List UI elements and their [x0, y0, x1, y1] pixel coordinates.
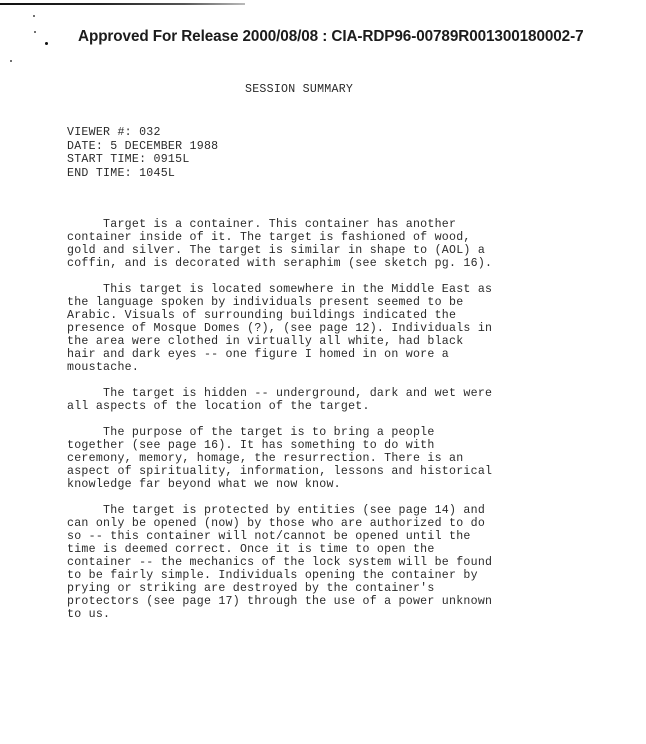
text-line: Target is a container. This container ha…	[67, 218, 627, 231]
text-line: The target is hidden -- underground, dar…	[67, 387, 627, 400]
text-line: can only be opened (now) by those who ar…	[67, 517, 627, 530]
text-line: knowledge far beyond what we now know.	[67, 478, 627, 491]
summary-body: Target is a container. This container ha…	[67, 218, 627, 634]
end-time: END TIME: 1045L	[67, 167, 218, 181]
text-line: the language spoken by individuals prese…	[67, 296, 627, 309]
paragraph-target-location: This target is located somewhere in the …	[67, 283, 627, 374]
text-line: aspect of spirituality, information, les…	[67, 465, 627, 478]
text-line: the area were clothed in virtually all w…	[67, 335, 627, 348]
scan-top-edge-line	[0, 3, 245, 5]
text-line: hair and dark eyes -- one figure I homed…	[67, 348, 627, 361]
text-line: to be fairly simple. Individuals opening…	[67, 569, 627, 582]
text-line: ceremony, memory, homage, the resurrecti…	[67, 452, 627, 465]
scan-speck	[34, 31, 36, 33]
text-line: protectors (see page 17) through the use…	[67, 595, 627, 608]
text-line: time is deemed correct. Once it is time …	[67, 543, 627, 556]
text-line: container -- the mechanics of the lock s…	[67, 556, 627, 569]
scan-speck	[45, 42, 48, 45]
text-line: The target is protected by entities (see…	[67, 504, 627, 517]
text-line: presence of Mosque Domes (?), (see page …	[67, 322, 627, 335]
session-date: DATE: 5 DECEMBER 1988	[67, 140, 218, 154]
text-line: prying or striking are destroyed by the …	[67, 582, 627, 595]
text-line: Arabic. Visuals of surrounding buildings…	[67, 309, 627, 322]
text-line: container inside of it. The target is fa…	[67, 231, 627, 244]
text-line: all aspects of the location of the targe…	[67, 400, 627, 413]
text-line: This target is located somewhere in the …	[67, 283, 627, 296]
scan-speck	[33, 15, 35, 17]
text-line: together (see page 16). It has something…	[67, 439, 627, 452]
session-metadata: VIEWER #: 032 DATE: 5 DECEMBER 1988 STAR…	[67, 126, 218, 180]
start-time: START TIME: 0915L	[67, 153, 218, 167]
scan-speck	[10, 60, 12, 62]
text-line: so -- this container will not/cannot be …	[67, 530, 627, 543]
text-line: coffin, and is decorated with seraphim (…	[67, 257, 627, 270]
paragraph-target-purpose: The purpose of the target is to bring a …	[67, 426, 627, 491]
paragraph-target-protection: The target is protected by entities (see…	[67, 504, 627, 621]
page-title: SESSION SUMMARY	[245, 83, 353, 96]
viewer-number: VIEWER #: 032	[67, 126, 218, 140]
paragraph-target-hidden: The target is hidden -- underground, dar…	[67, 387, 627, 413]
text-line: The purpose of the target is to bring a …	[67, 426, 627, 439]
text-line: moustache.	[67, 361, 627, 374]
release-header: Approved For Release 2000/08/08 : CIA-RD…	[78, 28, 584, 46]
text-line: gold and silver. The target is similar i…	[67, 244, 627, 257]
paragraph-target-description: Target is a container. This container ha…	[67, 218, 627, 270]
text-line: to us.	[67, 608, 627, 621]
